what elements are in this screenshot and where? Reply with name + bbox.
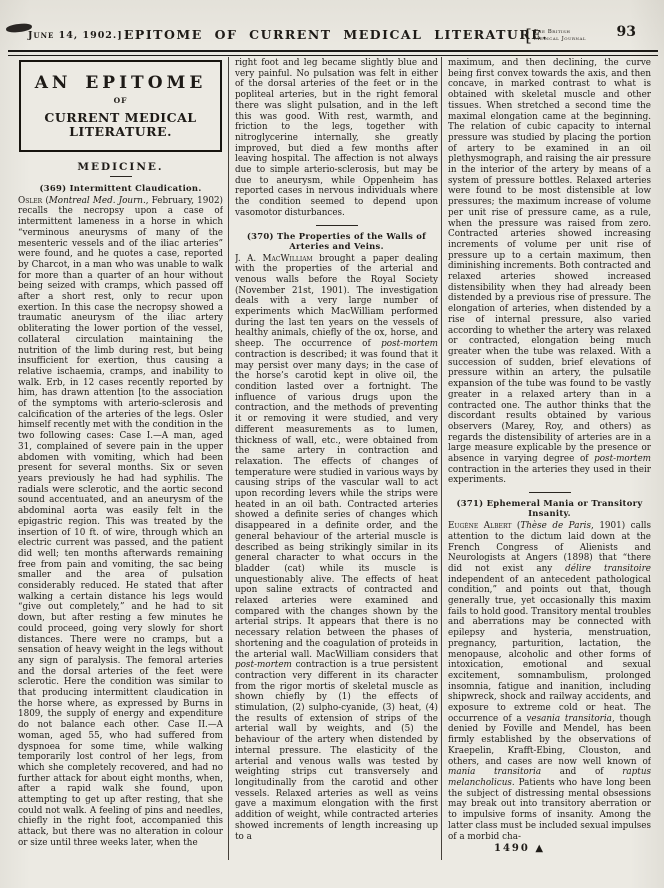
article-371-body: Eugène Albert (Thèse de Paris, 1901) cal… xyxy=(448,521,651,842)
forme-number: 1490 ▲ xyxy=(494,843,545,854)
article-separator-rule xyxy=(529,492,571,493)
journal-page: June 14, 1902.] EPITOME OF CURRENT MEDIC… xyxy=(0,0,664,888)
article-369-body-part1: Osler (Montreal Med. Journ., February, 1… xyxy=(18,196,223,849)
header-rule xyxy=(8,50,658,56)
page-number: 93 xyxy=(617,24,636,40)
epitome-masthead-box: AN EPITOME OF CURRENT MEDICAL LITERATURE… xyxy=(19,60,222,152)
column-rule-2 xyxy=(441,57,442,860)
column-3: maximum, and then declining, the curve b… xyxy=(448,58,651,861)
section-heading-medicine: MEDICINE. xyxy=(18,162,223,173)
masthead-line1: AN EPITOME xyxy=(24,74,217,92)
running-head: June 14, 1902.] EPITOME OF CURRENT MEDIC… xyxy=(18,24,654,48)
journal-name-line2: Medical Journal xyxy=(534,36,586,43)
article-371-title: (371) Ephemeral Mania or Transitory Insa… xyxy=(448,498,651,518)
article-369-title: (369) Intermittent Claudication. xyxy=(18,183,223,193)
column-2: right foot and leg became slightly blue … xyxy=(235,58,438,861)
bracket-glyph: [ xyxy=(525,26,532,46)
article-369-body-part2: right foot and leg became slightly blue … xyxy=(235,58,438,219)
article-370-title: (370) The Properties of the Walls of Art… xyxy=(235,231,438,251)
masthead-line3: CURRENT MEDICAL LITERATURE. xyxy=(24,111,217,139)
journal-name-line1: The British xyxy=(534,29,586,36)
journal-name: [ The British Medical Journal xyxy=(525,26,586,46)
column-rule-1 xyxy=(228,57,229,860)
section-rule xyxy=(110,176,132,177)
masthead-line2: OF xyxy=(24,97,217,105)
column-1: AN EPITOME OF CURRENT MEDICAL LITERATURE… xyxy=(18,58,223,861)
article-370-body-part2: maximum, and then declining, the curve b… xyxy=(448,58,651,486)
article-separator-rule xyxy=(316,225,358,226)
article-370-body-part1: J. A. MacWilliam brought a paper dealing… xyxy=(235,254,438,843)
